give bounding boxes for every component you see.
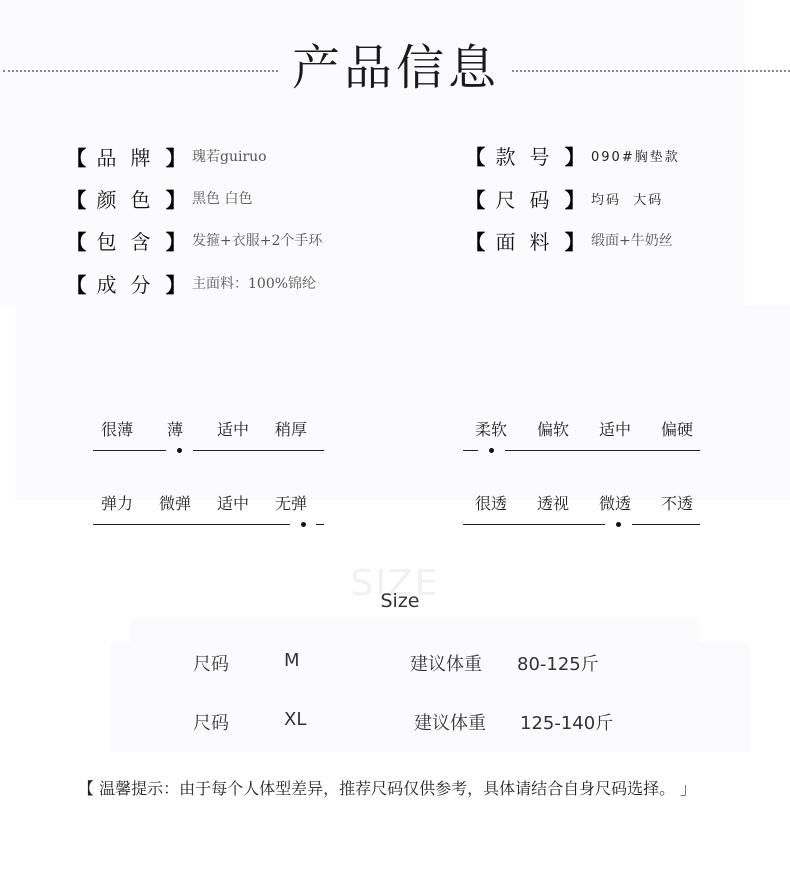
scale-option: 微弹 <box>146 491 204 514</box>
info-value-brand: 瑰若guiruo <box>192 146 267 166</box>
size-tip-note: 【 温馨提示：由于每个人体型差异，推荐尺码仅供参考，具体请结合自身尺码选择。 」 <box>78 776 718 799</box>
scale-panel-background <box>15 305 790 500</box>
info-value-fabric: 缎面+牛奶丝 <box>591 230 673 250</box>
bracket-open: 【 <box>465 226 486 255</box>
scale-track <box>632 524 700 525</box>
label-text: 款号 <box>486 141 565 170</box>
size-label: 尺码 <box>193 650 229 676</box>
info-label: 【 品牌 】 <box>66 142 186 171</box>
bracket-open: 【 <box>66 269 87 298</box>
info-row-color: 【 颜色 】 黑色 白色 <box>66 185 252 211</box>
label-text: 尺码 <box>486 184 565 213</box>
label-text: 包含 <box>87 226 166 255</box>
info-label: 【 尺码 】 <box>465 184 585 213</box>
scale-track <box>93 524 290 525</box>
scale-elasticity: 弹力 微弹 适中 无弹 <box>88 491 320 541</box>
weight-label: 建议体重 <box>414 709 486 735</box>
info-label: 【 颜色 】 <box>66 184 186 213</box>
label-text: 面料 <box>486 226 565 255</box>
scale-indicator-dot <box>177 448 182 453</box>
size-row-m: 尺码 M 建议体重 80-125斤 <box>0 650 790 676</box>
bracket-close: 】 <box>166 226 187 255</box>
scale-option-selected: 微透 <box>586 491 644 514</box>
scale-labels: 很透 透视 微透 不透 <box>462 491 706 514</box>
scale-labels: 很薄 薄 适中 稍厚 <box>88 417 320 440</box>
scale-option: 稍厚 <box>262 417 320 440</box>
scale-option: 适中 <box>586 417 644 440</box>
bracket-close: 】 <box>166 269 187 298</box>
scale-indicator-dot <box>616 522 621 527</box>
scale-track <box>463 524 605 525</box>
size-value: M <box>284 650 300 671</box>
dotted-divider-right <box>512 70 790 72</box>
page-title: 产品信息 <box>283 38 509 98</box>
info-value-size: 均码 大码 <box>591 189 663 208</box>
info-label: 【 款号 】 <box>465 141 585 170</box>
weight-value: 80-125斤 <box>517 650 599 676</box>
scale-transparency: 很透 透视 微透 不透 <box>462 491 706 541</box>
label-text: 颜色 <box>87 184 166 213</box>
info-row-style-number: 【 款号 】 090#胸垫款 <box>465 142 680 168</box>
info-value-style-number: 090#胸垫款 <box>591 146 680 165</box>
bracket-open: 【 <box>465 141 486 170</box>
info-row-fabric: 【 面料 】 缎面+牛奶丝 <box>465 227 673 253</box>
scale-softness: 柔软 偏软 适中 偏硬 <box>462 417 706 467</box>
info-value-includes: 发箍+衣服+2个手环 <box>192 230 322 250</box>
scale-option: 很透 <box>462 491 520 514</box>
info-row-size: 【 尺码 】 均码 大码 <box>465 185 663 211</box>
scale-option: 适中 <box>204 491 262 514</box>
section-header: 产品信息 <box>0 38 790 98</box>
info-label: 【 包含 】 <box>66 226 186 255</box>
scale-track <box>316 524 324 525</box>
size-row-xl: 尺码 XL 建议体重 125-140斤 <box>0 709 790 735</box>
info-label: 【 面料 】 <box>465 226 585 255</box>
bracket-open: 【 <box>66 142 87 171</box>
scale-track <box>193 450 324 451</box>
info-row-includes: 【 包含 】 发箍+衣服+2个手环 <box>66 227 322 253</box>
scale-option: 偏软 <box>524 417 582 440</box>
scale-labels: 柔软 偏软 适中 偏硬 <box>462 417 706 440</box>
scale-option: 透视 <box>524 491 582 514</box>
scale-indicator-dot <box>489 448 494 453</box>
bracket-close: 】 <box>166 184 187 213</box>
bracket-close: 】 <box>166 142 187 171</box>
dotted-divider-left <box>3 70 278 72</box>
scale-option: 适中 <box>204 417 262 440</box>
scale-option: 偏硬 <box>648 417 706 440</box>
scale-option-selected: 柔软 <box>462 417 520 440</box>
info-row-composition: 【 成分 】 主面料：100%锦纶 <box>66 270 316 296</box>
info-value-color: 黑色 白色 <box>192 188 252 208</box>
bracket-open: 【 <box>465 184 486 213</box>
bracket-open: 【 <box>66 184 87 213</box>
scale-option-selected: 无弹 <box>262 491 320 514</box>
bracket-close: 】 <box>565 184 586 213</box>
weight-value: 125-140斤 <box>520 709 613 735</box>
label-text: 成分 <box>87 269 166 298</box>
info-row-brand: 【 品牌 】 瑰若guiruo <box>66 143 267 169</box>
size-value: XL <box>284 709 306 730</box>
bracket-open: 【 <box>66 226 87 255</box>
label-text: 品牌 <box>87 142 166 171</box>
scale-option: 弹力 <box>88 491 146 514</box>
scale-indicator-dot <box>301 522 306 527</box>
scale-track <box>505 450 700 451</box>
scale-track <box>463 450 478 451</box>
info-label: 【 成分 】 <box>66 269 186 298</box>
weight-label: 建议体重 <box>410 650 482 676</box>
scale-option-selected: 薄 <box>146 417 204 440</box>
scale-thickness: 很薄 薄 适中 稍厚 <box>88 417 320 467</box>
scale-track <box>93 450 166 451</box>
scale-option: 很薄 <box>88 417 146 440</box>
size-label: 尺码 <box>193 709 229 735</box>
bracket-close: 】 <box>565 226 586 255</box>
bracket-close: 】 <box>565 141 586 170</box>
size-section-title: Size <box>345 590 455 612</box>
scale-option: 不透 <box>648 491 706 514</box>
size-panel-background <box>130 618 700 642</box>
scale-labels: 弹力 微弹 适中 无弹 <box>88 491 320 514</box>
info-value-composition: 主面料：100%锦纶 <box>192 273 316 293</box>
